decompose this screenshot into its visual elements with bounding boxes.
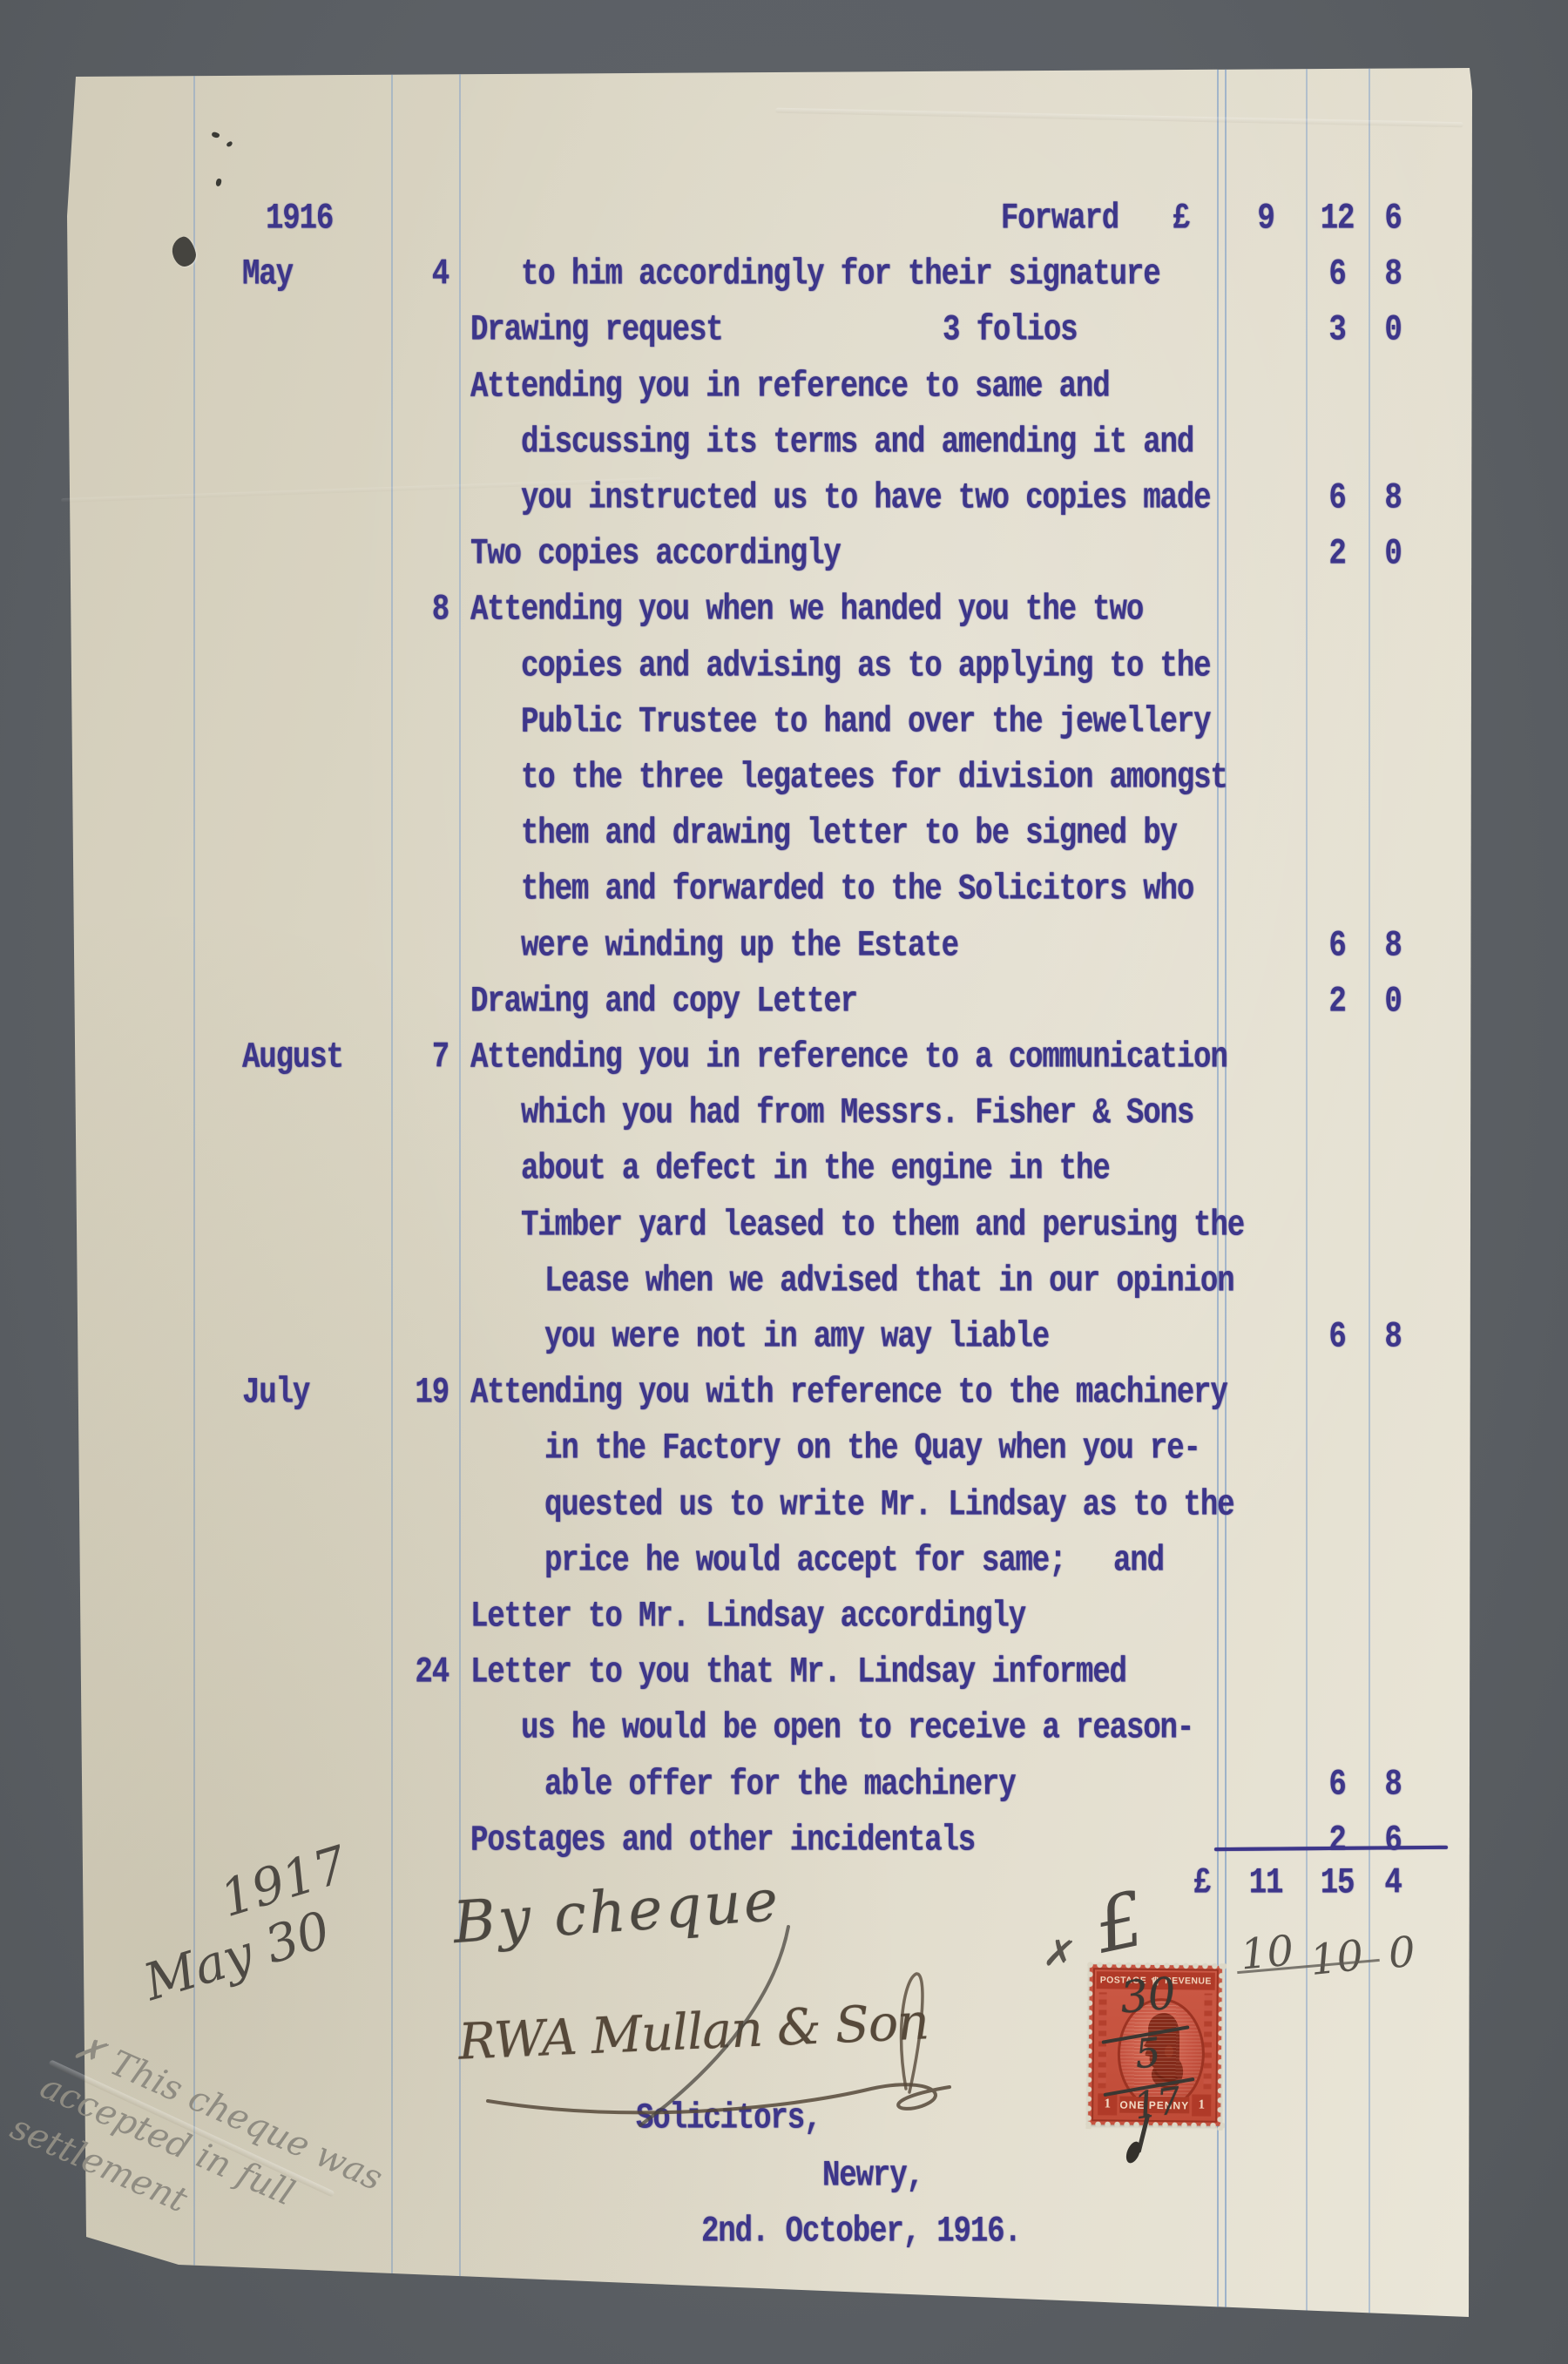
footer-place: Newry,	[822, 2156, 923, 2196]
bill-row: Drawing and copy Letter20	[0, 985, 1568, 1020]
amount-pence: 8	[1369, 1316, 1416, 1359]
entry-text: price he would accept for same;	[544, 1540, 1065, 1583]
entry-text: were winding up the Estate	[521, 925, 958, 968]
month-label: July	[242, 1372, 309, 1415]
paid-shillings: 10	[1308, 1931, 1366, 1985]
total-currency: £	[1193, 1863, 1210, 1903]
bill-row: Attending you in reference to same and	[0, 370, 1568, 405]
year-label: 1916	[266, 198, 333, 240]
day-label: 4	[375, 253, 449, 296]
amount-pence: 0	[1369, 310, 1416, 353]
amount-pence: 0	[1369, 533, 1416, 576]
bill-row: copies and advising as to applying to th…	[0, 650, 1568, 685]
day-label: 8	[375, 590, 449, 632]
bill-row: 24Letter to you that Mr. Lindsay informe…	[0, 1656, 1568, 1691]
amount-pence: 8	[1369, 1764, 1416, 1807]
amount-shillings: 3	[1307, 310, 1368, 353]
entry-text: quested us to write Mr. Lindsay as to th…	[544, 1484, 1233, 1527]
amount-shillings: 6	[1307, 925, 1368, 968]
amount-shillings: 6	[1307, 253, 1368, 296]
entry-text: Lease when we advised that in our opinio…	[544, 1260, 1233, 1303]
footer-date: 2nd. October, 1916.	[701, 2212, 1021, 2252]
amount-shillings: 6	[1307, 1764, 1368, 1807]
bill-row: in the Factory on the Quay when you re-	[0, 1432, 1568, 1467]
ruled-line-pence	[1369, 68, 1370, 2319]
entry-text: Drawing and copy Letter	[470, 981, 857, 1023]
bill-row: were winding up the Estate68	[0, 929, 1568, 964]
ruled-line-day	[459, 68, 461, 2319]
entry-text: Postages and other incidentals	[470, 1820, 975, 1862]
bill-row: you were not in amy way liable68	[0, 1320, 1568, 1355]
bill-row: about a defect in the engine in the	[0, 1152, 1568, 1187]
total-shillings: 15	[1307, 1863, 1368, 1903]
month-label: May	[242, 253, 293, 296]
entry-text: you instructed us to have two copies mad…	[521, 477, 1210, 520]
bill-row: us he would be open to receive a reason-	[0, 1712, 1568, 1746]
amount-pence: 8	[1369, 477, 1416, 520]
total-pence: 4	[1369, 1863, 1416, 1903]
amount-pence: 8	[1369, 925, 1416, 968]
bill-row: which you had from Messrs. Fisher & Sons	[0, 1097, 1568, 1131]
bill-row: July19Attending you with reference to th…	[0, 1376, 1568, 1411]
day-label: 24	[375, 1651, 449, 1694]
entry-text: Timber yard leased to them and perusing …	[521, 1205, 1244, 1247]
month-label: August	[242, 1037, 343, 1079]
cancel-year: 17	[1132, 2079, 1184, 2128]
entry-text: Letter to you that Mr. Lindsay informed	[470, 1651, 1126, 1694]
currency-symbol: £	[1173, 198, 1189, 240]
amount-pence: 8	[1369, 253, 1416, 296]
footer-firm-role: Solicitors,	[636, 2098, 821, 2138]
entry-text: us he would be open to receive a reason-	[521, 1708, 1193, 1751]
entry-text-secondary: 3 folios	[943, 310, 1077, 353]
amount-pence: 0	[1369, 981, 1416, 1023]
entry-text: Attending you with reference to the mach…	[470, 1372, 1227, 1415]
day-label: 19	[375, 1372, 449, 1415]
entry-text: Attending you in reference to same and	[470, 366, 1110, 409]
bill-row: Drawing request3 folios30	[0, 314, 1568, 348]
photo-backdrop: 1916Forward£9126May4to him accordingly f…	[0, 0, 1568, 2364]
entry-text: to him accordingly for their signature	[521, 253, 1160, 296]
laurel-ornament	[1203, 1994, 1212, 2090]
bill-row: Timber yard leased to them and perusing …	[0, 1209, 1568, 1244]
entry-text: Letter to Mr. Lindsay accordingly	[470, 1596, 1025, 1638]
entry-text: about a defect in the engine in the	[521, 1149, 1110, 1192]
entry-text: Drawing request	[470, 310, 723, 353]
amount-shillings: 2	[1307, 1820, 1368, 1862]
amount-shillings: 2	[1307, 981, 1368, 1023]
bill-row: them and drawing letter to be signed by	[0, 817, 1568, 852]
amount-pounds: 9	[1227, 198, 1305, 240]
entry-text: discussing its terms and amending it and	[521, 422, 1193, 464]
stamp-value-right: 1	[1192, 2094, 1211, 2116]
bill-row: Two copies accordingly20	[0, 537, 1568, 572]
amount-pence: 6	[1369, 198, 1416, 240]
bill-row: 1916Forward£9126	[0, 202, 1568, 237]
bill-row: August7Attending you in reference to a c…	[0, 1041, 1568, 1076]
day-label: 7	[375, 1037, 449, 1079]
amount-shillings: 6	[1307, 477, 1368, 520]
entry-text: able offer for the machinery	[544, 1764, 1016, 1807]
entry-text: them and drawing letter to be signed by	[521, 813, 1177, 855]
entry-text: which you had from Messrs. Fisher & Sons	[521, 1092, 1193, 1135]
amount-shillings: 2	[1307, 533, 1368, 576]
bill-row: Public Trustee to hand over the jeweller…	[0, 706, 1568, 740]
stamp-value-left: 1	[1098, 2093, 1117, 2115]
paid-pence: 0	[1387, 1928, 1416, 1978]
cross-mark: ✗	[1041, 1930, 1079, 1979]
entry-text: to the three legatees for division among…	[521, 757, 1227, 800]
bill-row: Lease when we advised that in our opinio…	[0, 1265, 1568, 1300]
bill-row: Postages and other incidentals26	[0, 1824, 1568, 1859]
entry-text: you were not in amy way liable	[544, 1316, 1049, 1359]
entry-text: Public Trustee to hand over the jeweller…	[521, 701, 1210, 744]
entry-text: copies and advising as to applying to th…	[521, 645, 1210, 688]
forward-label: Forward	[470, 198, 1119, 240]
total-pounds: 11	[1227, 1863, 1305, 1903]
amount-shillings: 6	[1307, 1316, 1368, 1359]
bill-row: able offer for the machinery68	[0, 1768, 1568, 1803]
bill-row: discussing its terms and amending it and	[0, 426, 1568, 461]
amount-pence: 6	[1369, 1820, 1416, 1862]
amount-shillings: 12	[1307, 198, 1368, 240]
entry-text: in the Factory on the Quay when you re-	[544, 1429, 1200, 1471]
cancel-month: 5	[1133, 2029, 1163, 2077]
entry-text: Attending you in reference to a communic…	[470, 1037, 1227, 1079]
bill-row: you instructed us to have two copies mad…	[0, 482, 1568, 517]
cancel-day: 30	[1119, 1968, 1178, 2023]
bill-row: 8Attending you when we handed you the tw…	[0, 593, 1568, 628]
entry-text-secondary: and	[1113, 1540, 1164, 1583]
bill-row: May4to him accordingly for their signatu…	[0, 258, 1568, 293]
entry-text: Two copies accordingly	[470, 533, 841, 576]
bill-row: to the three legatees for division among…	[0, 761, 1568, 796]
entry-text: them and forwarded to the Solicitors who	[521, 869, 1193, 912]
ruled-line-date	[391, 68, 393, 2319]
bill-row: quested us to write Mr. Lindsay as to th…	[0, 1489, 1568, 1523]
entry-text: Attending you when we handed you the two	[470, 590, 1143, 632]
bill-row: Letter to Mr. Lindsay accordingly	[0, 1600, 1568, 1635]
bill-row: price he would accept for same;and	[0, 1544, 1568, 1579]
ruled-line-shillings	[1306, 68, 1308, 2319]
bill-row: them and forwarded to the Solicitors who	[0, 873, 1568, 908]
